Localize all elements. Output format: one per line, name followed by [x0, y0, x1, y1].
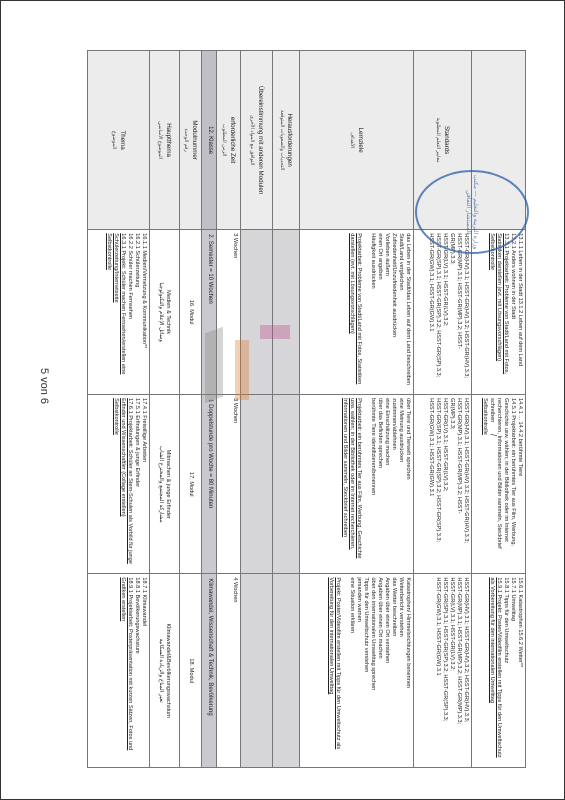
hauptthema-18: Klimawandel&Bevölkerungswachstumتغير الم…	[150, 574, 180, 768]
herausforderungen-module-18	[273, 574, 300, 768]
lernziele-module-16: das Leben in der Stadt/das Leben auf dem…	[300, 230, 414, 395]
lernziele-header: Lernzieleالأهداف	[300, 51, 414, 230]
list-item: HSST-GR(HV).3.1; HSST-GR(HV).3.2; HSST-G…	[462, 233, 469, 391]
list-item: 15.8.1 Tipps für den Umweltschutz	[502, 577, 509, 764]
list-item: Angaben über einen Ort verstehen	[383, 577, 390, 764]
list-item: GR(MP).3.3;	[448, 233, 455, 391]
list-item: 13.1.1 Leben in der Stadt 13.1.2 Leben a…	[516, 233, 523, 391]
list-item: 15.6.1 Katastrophen 15.6.2 Wetter**	[516, 577, 523, 764]
row-themes-top: 13.1.1 Leben in der Stadt 13.1.2 Leben a…	[472, 51, 526, 768]
list-item: Stadt/Land vergleichen	[397, 233, 404, 391]
herausforderungen-header: Herausforderungenالتحديات والصعوبات المت…	[273, 51, 300, 230]
curriculum-sheet: 13.1.1 Leben in der Stadt 13.1.2 Leben a…	[88, 50, 526, 768]
list-item: Katastrophen/ Himmelsrichtungen benennen	[404, 577, 411, 764]
list-item: 17.4.1 Freiwillige Arbeiten	[140, 398, 147, 570]
list-item: 17.5.1 Erfindungen & junge Erfinder	[133, 398, 140, 570]
thema-header: Themaالموضوع	[88, 51, 150, 230]
watermark-logo	[195, 320, 305, 410]
list-item: Selbstkontrolle	[488, 233, 495, 391]
list-item: HSST-GR(SP).3.1; HSST-GR(SP).3.2; HSST-G…	[441, 577, 448, 764]
hauptthema-17: Mitmachen & junge Erfinderمشاركة المجتمع…	[150, 395, 180, 574]
list-item: HSST-GR(SP).3.1; HSST-GR(SP).3.2; HSST-G…	[434, 398, 441, 570]
row-thema: Themaالموضوع 16.1.1 Medien/Vernetzung & …	[88, 51, 150, 768]
list-item: 13.2.1 Anders wohnen in der Stadt	[509, 233, 516, 391]
klasse-header: 12. Klasse	[202, 51, 217, 230]
list-item: HSST-GR(HV).3.1; HSST-GR(HV).3.2; HSST-G…	[462, 577, 469, 764]
standards-module-17: HSST-GR(HV).3.1; HSST-GR(HV).3.2; HSST-G…	[414, 395, 472, 574]
standards-module-16: HSST-GR(HV).3.1; HSST-GR(HV).3.2; HSST-G…	[414, 230, 472, 395]
list-item: Vorlieben äußern	[383, 233, 390, 391]
lernziele-module-18: Katastrophen/ Himmelsrichtungen benennen…	[300, 574, 414, 768]
standards-module-18: HSST-GR(HV).3.1; HSST-GR(HV).3.2; HSST-G…	[414, 574, 472, 768]
list-item: HSST-GR(LV).3.1; HSST-GR(LV).3.2;	[441, 398, 448, 570]
list-item: über den internationalen Umwelttag sprec…	[369, 577, 376, 764]
page-number: 5 von 6	[38, 356, 50, 416]
list-item: das Leben in der Stadt/das Leben auf dem…	[404, 233, 411, 391]
herausforderungen-module-17	[273, 395, 300, 574]
list-item: HSST-GR(HV).3.1; HSST-GR(HV).3.2; HSST-G…	[462, 398, 469, 570]
list-item: Selbstkontrolle	[112, 398, 119, 570]
list-item: HSST-GR(MP).3.1; HSST-GR(MP).3.2; HSST-G…	[455, 577, 462, 764]
list-item: 16.2.1 Schülerzeitung	[133, 233, 140, 391]
list-item: 16.3.1 Projekt: Schüler machen Fernsehen…	[112, 233, 126, 391]
uebereinstimmung-header: Übereinstimmung mit anderen Modulenالتوا…	[241, 51, 273, 230]
list-item: 15.7.1 Umwelttag	[509, 577, 516, 764]
thema-module-17: 17.4.1 Freiwillige Arbeiten17.5.1 Erfind…	[88, 395, 150, 574]
list-item: zustimmen/ablehnen	[390, 398, 397, 570]
list-item: HSST-GR(SP).3.1; HSST-GR(SP).3.2; HSST-G…	[434, 233, 441, 391]
list-item: 18.9.1 Projektarbeit: Posterpräsentation…	[119, 577, 133, 764]
list-item: 18.8.1 Bevölkerungswachstum	[133, 577, 140, 764]
curriculum-table: 13.1.1 Leben in der Stadt 13.1.2 Leben a…	[87, 50, 526, 768]
row-hauptthema: Hauptthemaالموضوع الأساسي Medien & Techn…	[150, 51, 180, 768]
list-item: HSST-GR(MP).3.1; HSST-GR(MP).3.2; HSST-	[455, 398, 462, 570]
list-item: HSST-GR(LV).3.1; HSST-GR(LV).3.2;	[441, 233, 448, 391]
list-item: HSST-GR(GW).3.1; HSST-GR(GW).3.1	[427, 398, 434, 570]
list-item: über Tiere und Tierwelt sprechen	[404, 398, 411, 570]
top-row-module-16: 13.1.1 Leben in der Stadt 13.1.2 Leben a…	[472, 230, 526, 395]
list-item: GR(MP).3.3;	[448, 398, 455, 570]
list-item: Tipps für den Umweltschutz verstehen	[362, 577, 369, 764]
list-item: 13.3.1 Projektarbeit: Probleme von Stadt…	[495, 233, 509, 391]
list-item: Zufriedenheit/Unzufriedenheit ausdrücken	[390, 233, 397, 391]
zeit-module-18: 4 Wochen	[217, 574, 241, 768]
list-item: Wetterbericht verstehen	[397, 577, 404, 764]
list-item: Häufigkeit ausdrücken	[369, 233, 376, 391]
klasse-band-topics: Klimawandel, Wissenschaft & Technik, Bev…	[202, 574, 217, 768]
list-item: 18.7.1 Klimawandel	[140, 577, 147, 764]
hauptthema-header: Hauptthemaالموضوع الأساسي	[150, 51, 180, 230]
row-lernziele: Lernzieleالأهداف das Leben in der Stadt/…	[300, 51, 414, 768]
list-item: HSST-GR(GW).3.1; HSST-GR(GW).3.1	[427, 233, 434, 391]
top-row-module-17: 14.4.1 ... 14.4.2 berühmte Tiere14.5.1 P…	[472, 395, 526, 574]
modulnummer-header: Modulnummerرقم الوحدة	[180, 51, 202, 230]
list-item: 14.5.1 Projektarbeit: ein berühmtes Tier…	[488, 398, 516, 570]
list-item: das Wetter beschreiben	[390, 577, 397, 764]
list-item: berühmte Tiere identifizieren/benennen	[369, 398, 376, 570]
modulnummer-18: 18. Modul	[180, 574, 202, 768]
uebereinstimmung-module-17	[241, 395, 273, 574]
hauptthema-16: Medien & Technikوسائل الإعلام والتكنولوج…	[150, 230, 180, 395]
list-item: HSST-GR(LV).3.1; HSST-GR(LV).3.2;	[448, 577, 455, 764]
list-item: über das Befinden sprechen	[376, 398, 383, 570]
zeit-module-17: 3 Wochen	[217, 395, 241, 574]
margin-mark: /	[488, 434, 498, 437]
uebereinstimmung-module-18	[241, 574, 273, 768]
list-item: einen Ort angeben	[376, 233, 383, 391]
thema-module-16: 16.1.1 Medien/Vernetzung & Kommunikation…	[88, 230, 150, 395]
list-item: eine Meinung ausdrücken	[397, 398, 404, 570]
row-standards: Standardsمعايير التعلم المطلوبة HSST-GR(…	[414, 51, 472, 768]
list-item: 17.6.1 Projektarbeit: Schüler an Stem-Sc…	[119, 398, 133, 570]
zeit-header: erforderliche Zeitالزمن المطلوب	[217, 51, 241, 230]
list-item: jemanden warnen	[355, 577, 362, 764]
list-item: 16.1.1 Medien/Vernetzung & Kommunikation…	[140, 233, 147, 391]
top-row-module-18: 15.6.1 Katastrophen 15.6.2 Wetter**15.7.…	[472, 574, 526, 768]
list-item: Angaben über einen Ort machen	[376, 577, 383, 764]
lernziele-module-17: über Tiere und Tierwelt sprecheneine Mei…	[300, 395, 414, 574]
list-item: Selbstkontrolle	[481, 398, 488, 570]
klasse-band-doppelstunde: 1 Doppelstunde pro Woche = 80 Minuten	[202, 395, 217, 574]
list-item: 15.9.1 Projekt: Poster/Videofilm erstell…	[488, 577, 502, 764]
list-item: 16.2.2 Schüler machen Fernsehen	[126, 233, 133, 391]
list-item: 14.4.1 ... 14.4.2 berühmte Tiere	[516, 398, 523, 570]
list-item: Selbstkontrolle	[105, 233, 112, 391]
list-item: HSST-GR(MP).3.1; HSST-GR(MP).3.2; HSST-	[455, 233, 462, 391]
list-item: eine Einschätzung machen	[383, 398, 390, 570]
list-item: HSST-GR(GW).3.1; HSST-GR(GW).3.1	[434, 577, 441, 764]
ministry-stamp: وزارة التربية والتعليم — مكتب المستشار ا…	[415, 170, 529, 254]
modulnummer-17: 17. Modul	[180, 395, 202, 574]
list-item: eine Situation erklären	[348, 577, 355, 764]
thema-module-18: 18.7.1 Klimawandel18.8.1 Bevölkerungswac…	[88, 574, 150, 768]
